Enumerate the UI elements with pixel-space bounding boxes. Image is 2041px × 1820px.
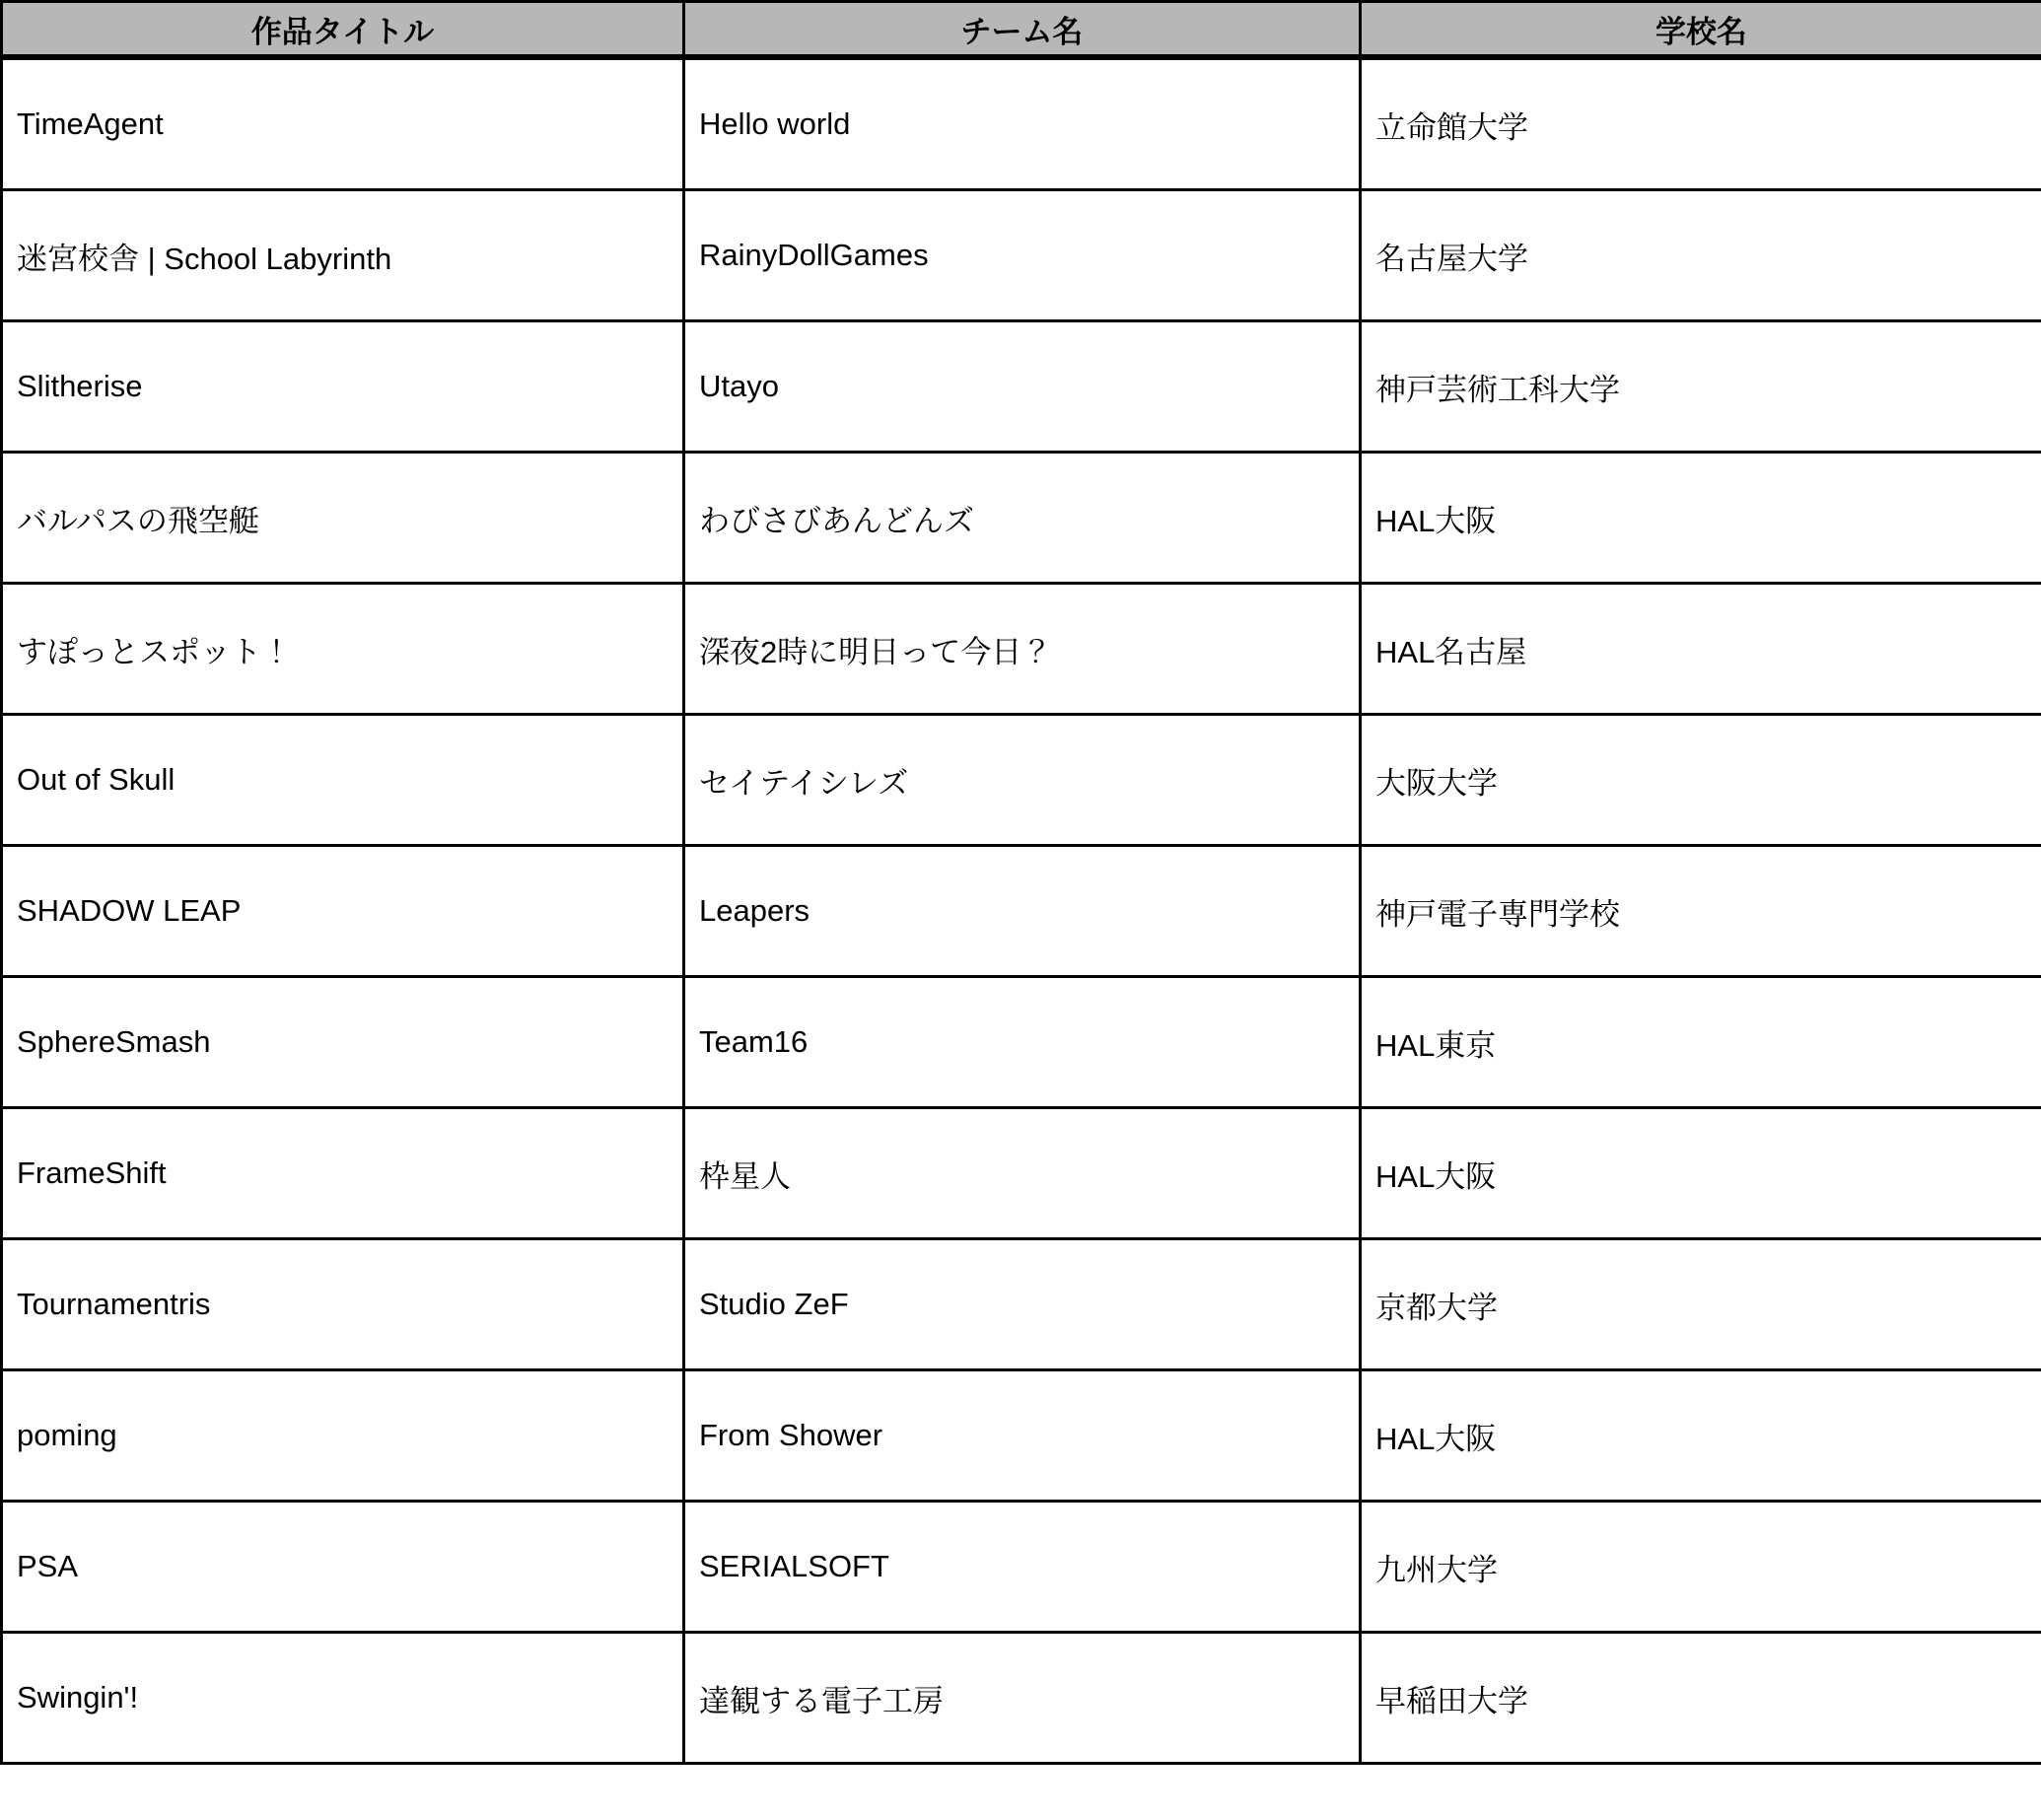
table-row: Swingin'! 達観する電子工房 早稲田大学 <box>2 1633 2041 1764</box>
cell-work-title: Tournamentris <box>2 1239 684 1370</box>
cell-school-name: 立命館大学 <box>1361 57 2041 190</box>
cell-school-name: 早稲田大学 <box>1361 1633 2041 1764</box>
cell-school-name: 神戸電子専門学校 <box>1361 846 2041 977</box>
cell-school-name: HAL大阪 <box>1361 1108 2041 1239</box>
cell-work-title: Slitherise <box>2 321 684 453</box>
cell-team-name: Team16 <box>684 977 1361 1108</box>
cell-work-title: Out of Skull <box>2 715 684 846</box>
cell-work-title: poming <box>2 1370 684 1502</box>
cell-work-title: 迷宮校舎 | School Labyrinth <box>2 190 684 321</box>
cell-team-name: セイテイシレズ <box>684 715 1361 846</box>
cell-work-title: PSA <box>2 1502 684 1633</box>
table-row: FrameShift 枠星人 HAL大阪 <box>2 1108 2041 1239</box>
cell-team-name: Utayo <box>684 321 1361 453</box>
entries-table: 作品タイトル チーム名 学校名 TimeAgent Hello world 立命… <box>0 0 2041 1765</box>
cell-team-name: 枠星人 <box>684 1108 1361 1239</box>
table-row: Out of Skull セイテイシレズ 大阪大学 <box>2 715 2041 846</box>
table-header: 作品タイトル チーム名 学校名 <box>2 2 2041 58</box>
cell-work-title: バルパスの飛空艇 <box>2 453 684 584</box>
table-row: Tournamentris Studio ZeF 京都大学 <box>2 1239 2041 1370</box>
table-row: PSA SERIALSOFT 九州大学 <box>2 1502 2041 1633</box>
header-row: 作品タイトル チーム名 学校名 <box>2 2 2041 58</box>
cell-school-name: 大阪大学 <box>1361 715 2041 846</box>
cell-school-name: 神戸芸術工科大学 <box>1361 321 2041 453</box>
cell-team-name: RainyDollGames <box>684 190 1361 321</box>
cell-team-name: From Shower <box>684 1370 1361 1502</box>
cell-work-title: すぽっとスポット！ <box>2 584 684 715</box>
cell-school-name: 名古屋大学 <box>1361 190 2041 321</box>
table-row: SphereSmash Team16 HAL東京 <box>2 977 2041 1108</box>
cell-team-name: Studio ZeF <box>684 1239 1361 1370</box>
cell-school-name: HAL大阪 <box>1361 453 2041 584</box>
cell-work-title: SphereSmash <box>2 977 684 1108</box>
cell-team-name: 深夜2時に明日って今日？ <box>684 584 1361 715</box>
cell-school-name: HAL東京 <box>1361 977 2041 1108</box>
table-row: TimeAgent Hello world 立命館大学 <box>2 57 2041 190</box>
cell-work-title: TimeAgent <box>2 57 684 190</box>
cell-school-name: HAL名古屋 <box>1361 584 2041 715</box>
table-row: すぽっとスポット！ 深夜2時に明日って今日？ HAL名古屋 <box>2 584 2041 715</box>
cell-school-name: 京都大学 <box>1361 1239 2041 1370</box>
column-header-school-name: 学校名 <box>1361 2 2041 58</box>
cell-team-name: わびさびあんどんズ <box>684 453 1361 584</box>
table-body: TimeAgent Hello world 立命館大学 迷宮校舎 | Schoo… <box>2 57 2041 1764</box>
cell-team-name: Leapers <box>684 846 1361 977</box>
cell-team-name: Hello world <box>684 57 1361 190</box>
cell-team-name: 達観する電子工房 <box>684 1633 1361 1764</box>
table-row: SHADOW LEAP Leapers 神戸電子専門学校 <box>2 846 2041 977</box>
cell-work-title: FrameShift <box>2 1108 684 1239</box>
table-row: 迷宮校舎 | School Labyrinth RainyDollGames 名… <box>2 190 2041 321</box>
column-header-work-title: 作品タイトル <box>2 2 684 58</box>
cell-work-title: Swingin'! <box>2 1633 684 1764</box>
column-header-team-name: チーム名 <box>684 2 1361 58</box>
table-row: Slitherise Utayo 神戸芸術工科大学 <box>2 321 2041 453</box>
table-row: poming From Shower HAL大阪 <box>2 1370 2041 1502</box>
cell-team-name: SERIALSOFT <box>684 1502 1361 1633</box>
cell-work-title: SHADOW LEAP <box>2 846 684 977</box>
cell-school-name: 九州大学 <box>1361 1502 2041 1633</box>
table-row: バルパスの飛空艇 わびさびあんどんズ HAL大阪 <box>2 453 2041 584</box>
cell-school-name: HAL大阪 <box>1361 1370 2041 1502</box>
